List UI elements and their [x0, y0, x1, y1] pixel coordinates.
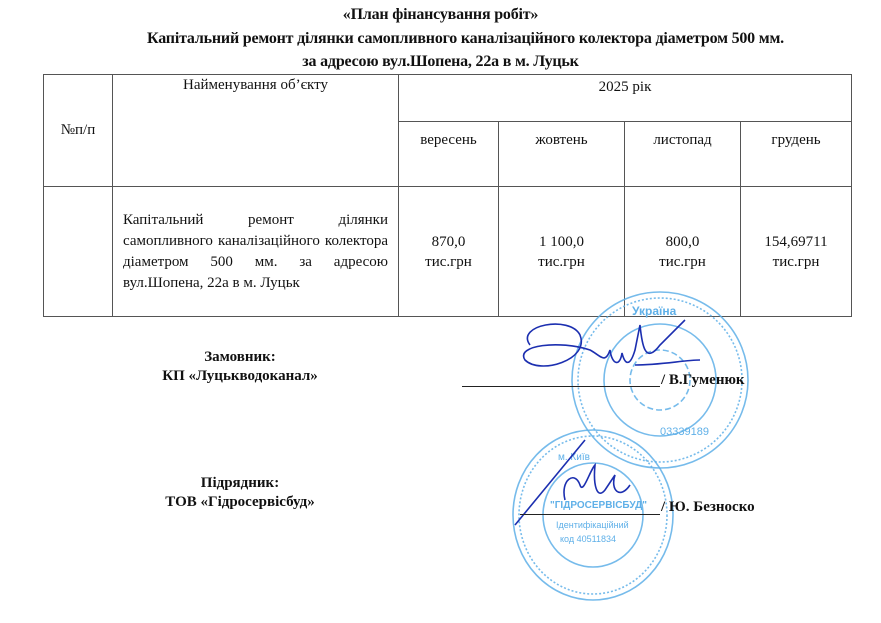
svg-text:код 40511834: код 40511834	[560, 534, 616, 544]
contractor-org: ТОВ «Гідросервісбуд»	[120, 493, 360, 512]
document-address: за адресою вул.Шопена, 22а в м. Луцьк	[0, 53, 881, 71]
document-subtitle: Капітальний ремонт ділянки самопливного …	[50, 30, 881, 48]
header-month-october: жовтень	[499, 122, 625, 187]
amount: 154,69711	[741, 232, 851, 252]
unit: тис.грн	[741, 252, 851, 272]
value-september: 870,0 тис.грн	[399, 187, 499, 317]
header-month-december: грудень	[741, 122, 852, 187]
header-month-september: вересень	[399, 122, 499, 187]
contractor-role: Підрядник:	[120, 474, 360, 493]
financing-plan-table: №п/п Найменування об’єкту 2025 рік верес…	[43, 74, 852, 317]
customer-role: Замовник:	[130, 348, 350, 367]
unit: тис.грн	[499, 252, 624, 272]
amount: 870,0	[399, 232, 498, 252]
contractor-signature-icon	[505, 430, 655, 530]
unit: тис.грн	[399, 252, 498, 272]
row-number	[44, 187, 113, 317]
document-title: «План фінансування робіт»	[0, 6, 881, 24]
customer-signer: / В.Гуменюк	[661, 372, 745, 389]
row-object-name: Капітальний ремонт ділянки самопливного …	[113, 187, 399, 317]
contractor-signature-line	[520, 514, 660, 515]
customer-signature-line	[462, 386, 660, 387]
header-number: №п/п	[44, 75, 113, 187]
amount: 800,0	[625, 232, 740, 252]
amount: 1 100,0	[499, 232, 624, 252]
header-year: 2025 рік	[399, 75, 852, 122]
customer-org: КП «Луцькводоканал»	[130, 367, 350, 386]
contractor-signer: / Ю. Безноско	[661, 499, 755, 516]
customer-signature-icon	[510, 305, 710, 405]
customer-block: Замовник: КП «Луцькводоканал»	[130, 348, 350, 386]
header-object-name: Найменування об’єкту	[113, 75, 399, 187]
unit: тис.грн	[625, 252, 740, 272]
header-month-november: листопад	[625, 122, 741, 187]
contractor-block: Підрядник: ТОВ «Гідросервісбуд»	[120, 474, 360, 512]
